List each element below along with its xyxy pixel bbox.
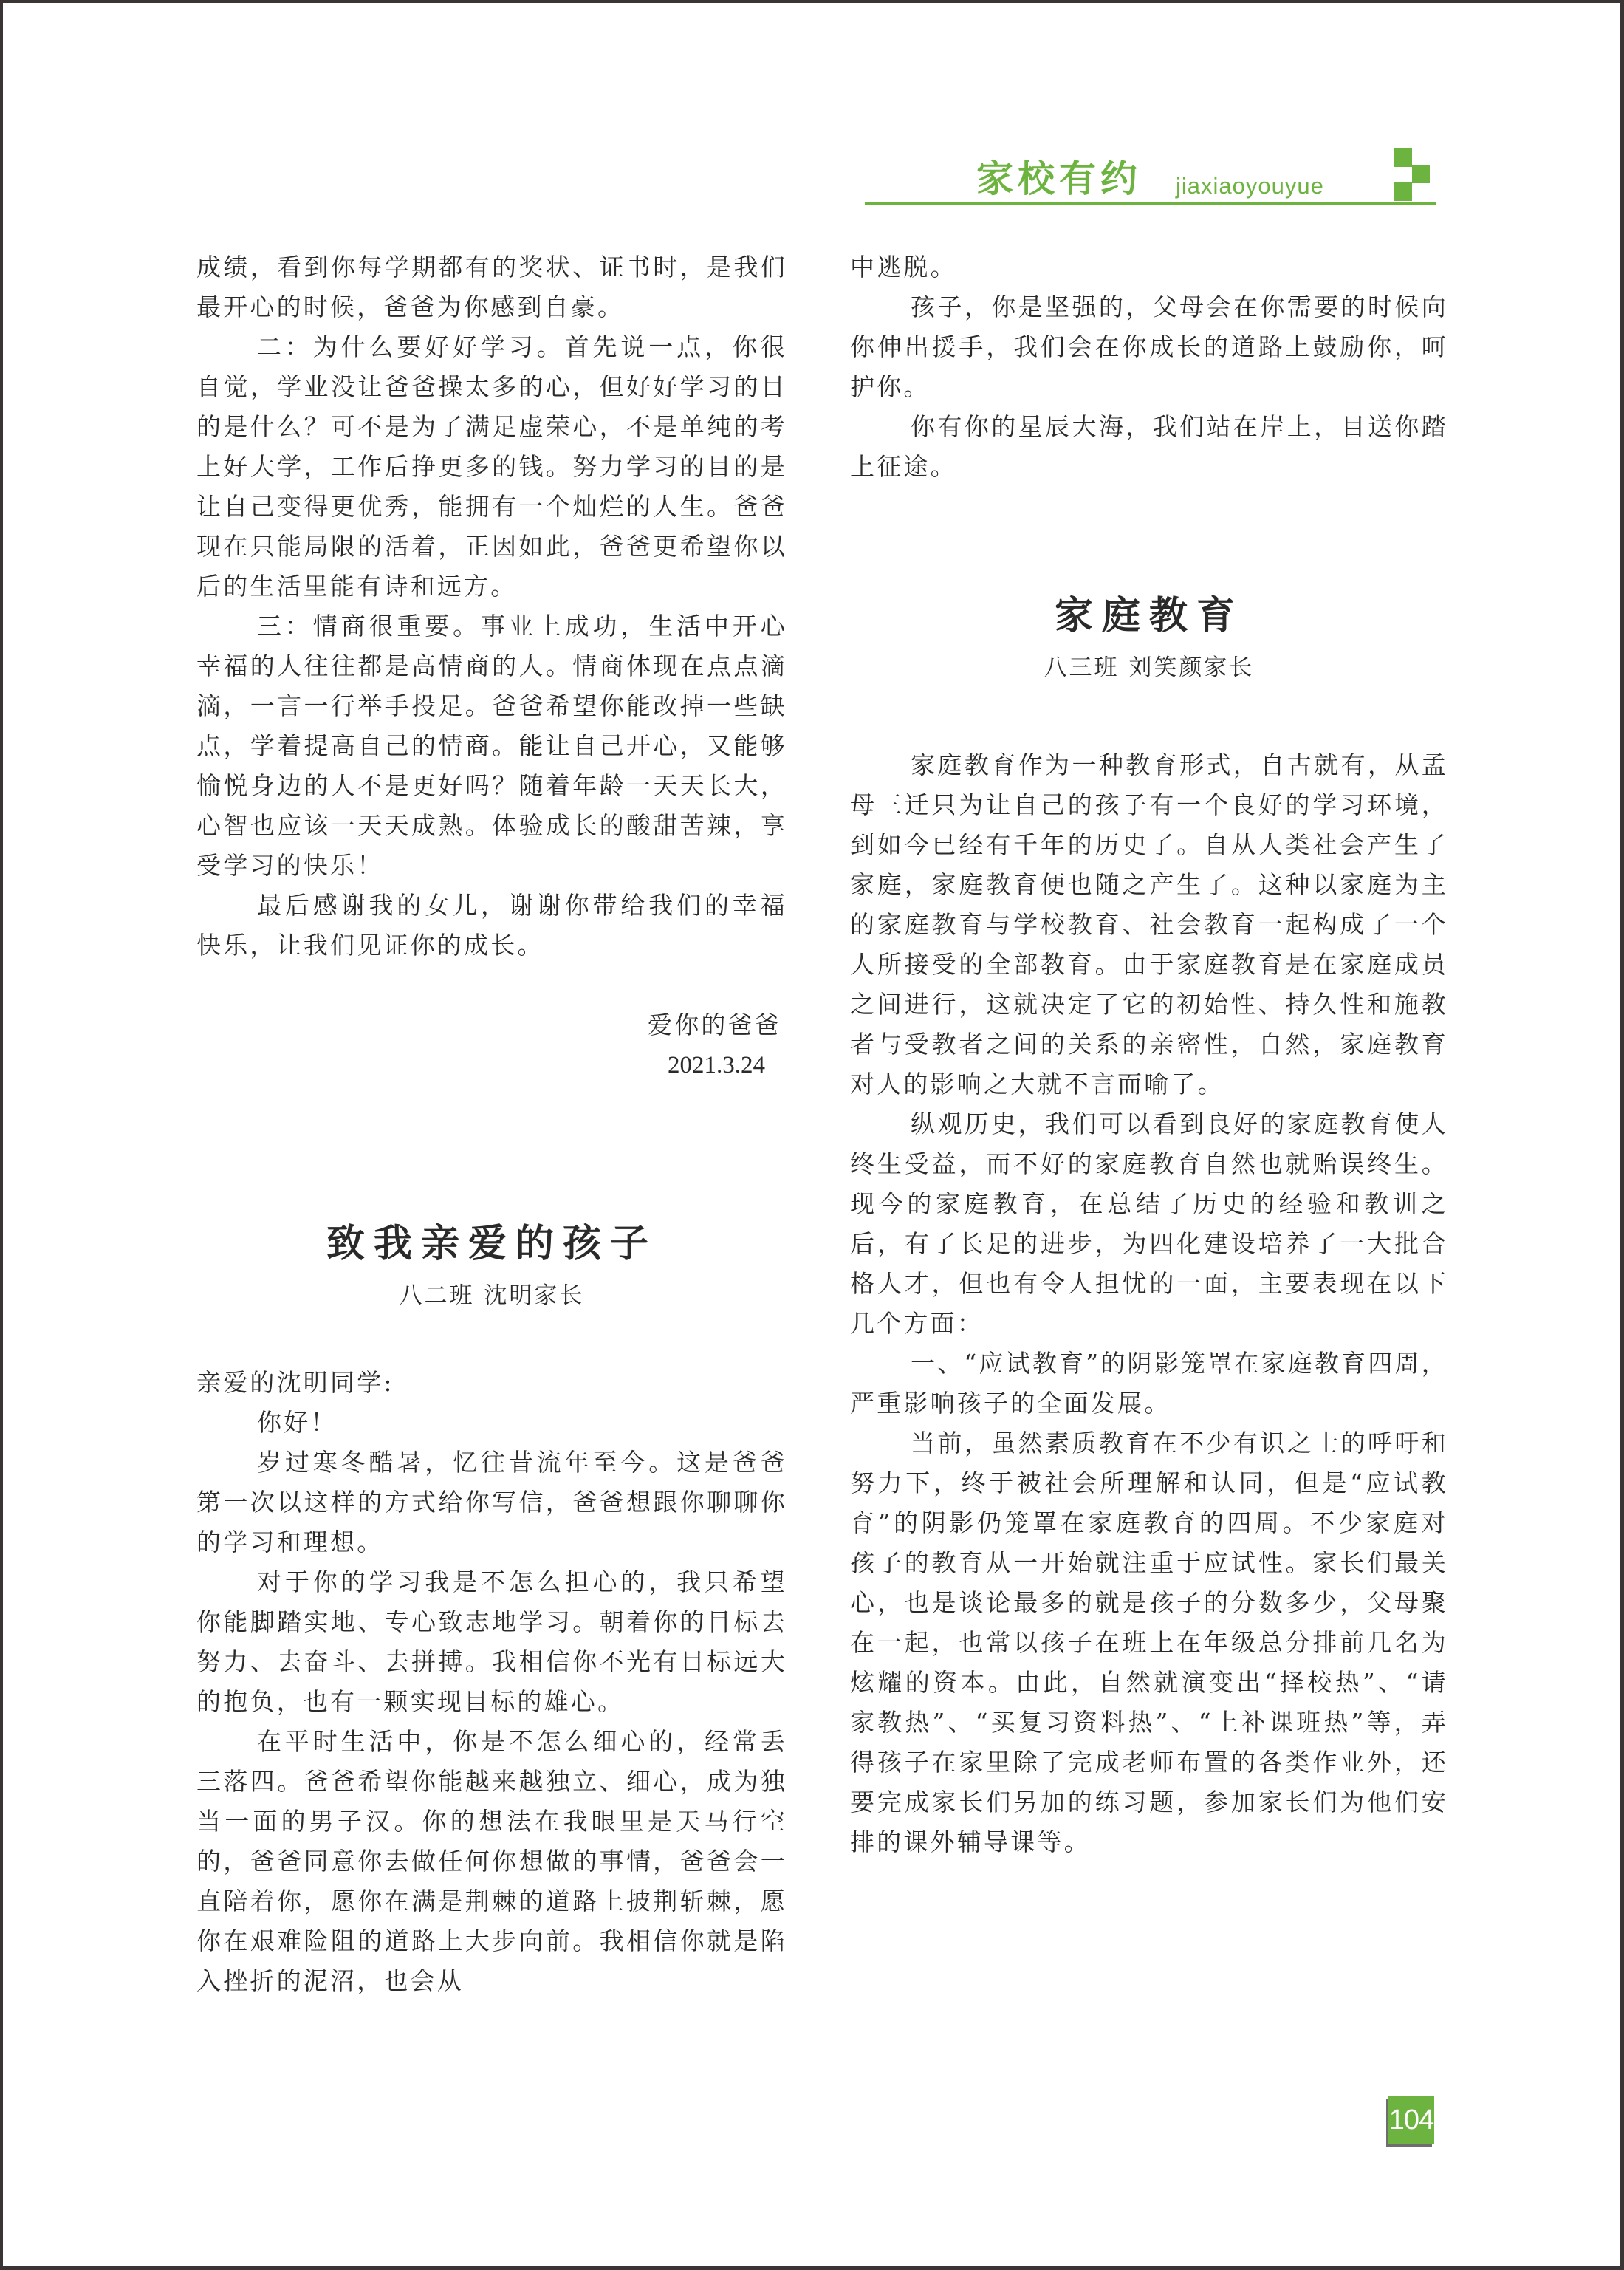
article-byline: 八三班 刘笑颜家长 — [850, 649, 1448, 686]
magazine-page: 家校有约 jiaxiaoyouyue 成绩，看到你每学期都有的奖状、证书时，是我… — [3, 3, 1620, 2266]
paragraph: 家庭教育作为一种教育形式，自古就有，从孟母三迁只为让自己的孩子有一个良好的学习环… — [850, 745, 1448, 1104]
paragraph: 你有你的星辰大海，我们站在岸上，目送你踏上征途。 — [850, 407, 1448, 487]
paragraph: 二：为什么要好好学习。首先说一点，你很自觉，学业没让爸爸操太多的心，但好好学习的… — [196, 327, 787, 606]
article-byline: 八二班 沈明家长 — [196, 1277, 787, 1314]
paragraph: 成绩，看到你每学期都有的奖状、证书时，是我们最开心的时候，爸爸为你感到自豪。 — [196, 247, 787, 327]
section-title: 家校有约 — [976, 157, 1142, 201]
salutation: 亲爱的沈明同学: — [196, 1363, 787, 1403]
paragraph: 对于你的学习我是不怎么担心的，我只希望你能脚踏实地、专心致志地学习。朝着你的目标… — [196, 1562, 787, 1722]
paragraph: 当前，虽然素质教育在不少有识之士的呼吁和努力下，终于被社会所理解和认同，但是“应… — [850, 1423, 1448, 1862]
signature: 爱你的爸爸 — [196, 1005, 787, 1045]
paragraph: 在平时生活中，你是不怎么细心的，经常丢三落四。爸爸希望你能越来越独立、细心，成为… — [196, 1722, 787, 2001]
paragraph: 中逃脱。 — [850, 247, 1448, 287]
greeting: 你好！ — [196, 1403, 787, 1443]
article-title: 致我亲爱的孩子 — [196, 1218, 787, 1270]
right-column: 中逃脱。 孩子，你是坚强的，父母会在你需要的时候向你伸出援手，我们会在你成长的道… — [850, 247, 1448, 1862]
paragraph: 孩子，你是坚强的，父母会在你需要的时候向你伸出援手，我们会在你成长的道路上鼓励你… — [850, 287, 1448, 407]
header-divider — [865, 202, 1436, 205]
paragraph: 三：情商很重要。事业上成功，生活中开心幸福的人往往都是高情商的人。情商体现在点点… — [196, 606, 787, 886]
paragraph: 纵观历史，我们可以看到良好的家庭教育使人终生受益，而不好的家庭教育自然也就贻误终… — [850, 1104, 1448, 1344]
paragraph: 岁过寒冬酷暑，忆往昔流年至今。这是爸爸第一次以这样的方式给你写信，爸爸想跟你聊聊… — [196, 1443, 787, 1562]
page-number: 104 — [1388, 2096, 1434, 2144]
letter-date: 2021.3.24 — [196, 1045, 787, 1085]
paragraph: 一、“应试教育”的阴影笼罩在家庭教育四周，严重影响孩子的全面发展。 — [850, 1344, 1448, 1423]
paragraph: 最后感谢我的女儿，谢谢你带给我们的幸福快乐，让我们见证你的成长。 — [196, 886, 787, 965]
left-column: 成绩，看到你每学期都有的奖状、证书时，是我们最开心的时候，爸爸为你感到自豪。 二… — [196, 247, 787, 2001]
section-pinyin: jiaxiaoyouyue — [1176, 171, 1324, 201]
article-title: 家庭教育 — [850, 590, 1448, 642]
